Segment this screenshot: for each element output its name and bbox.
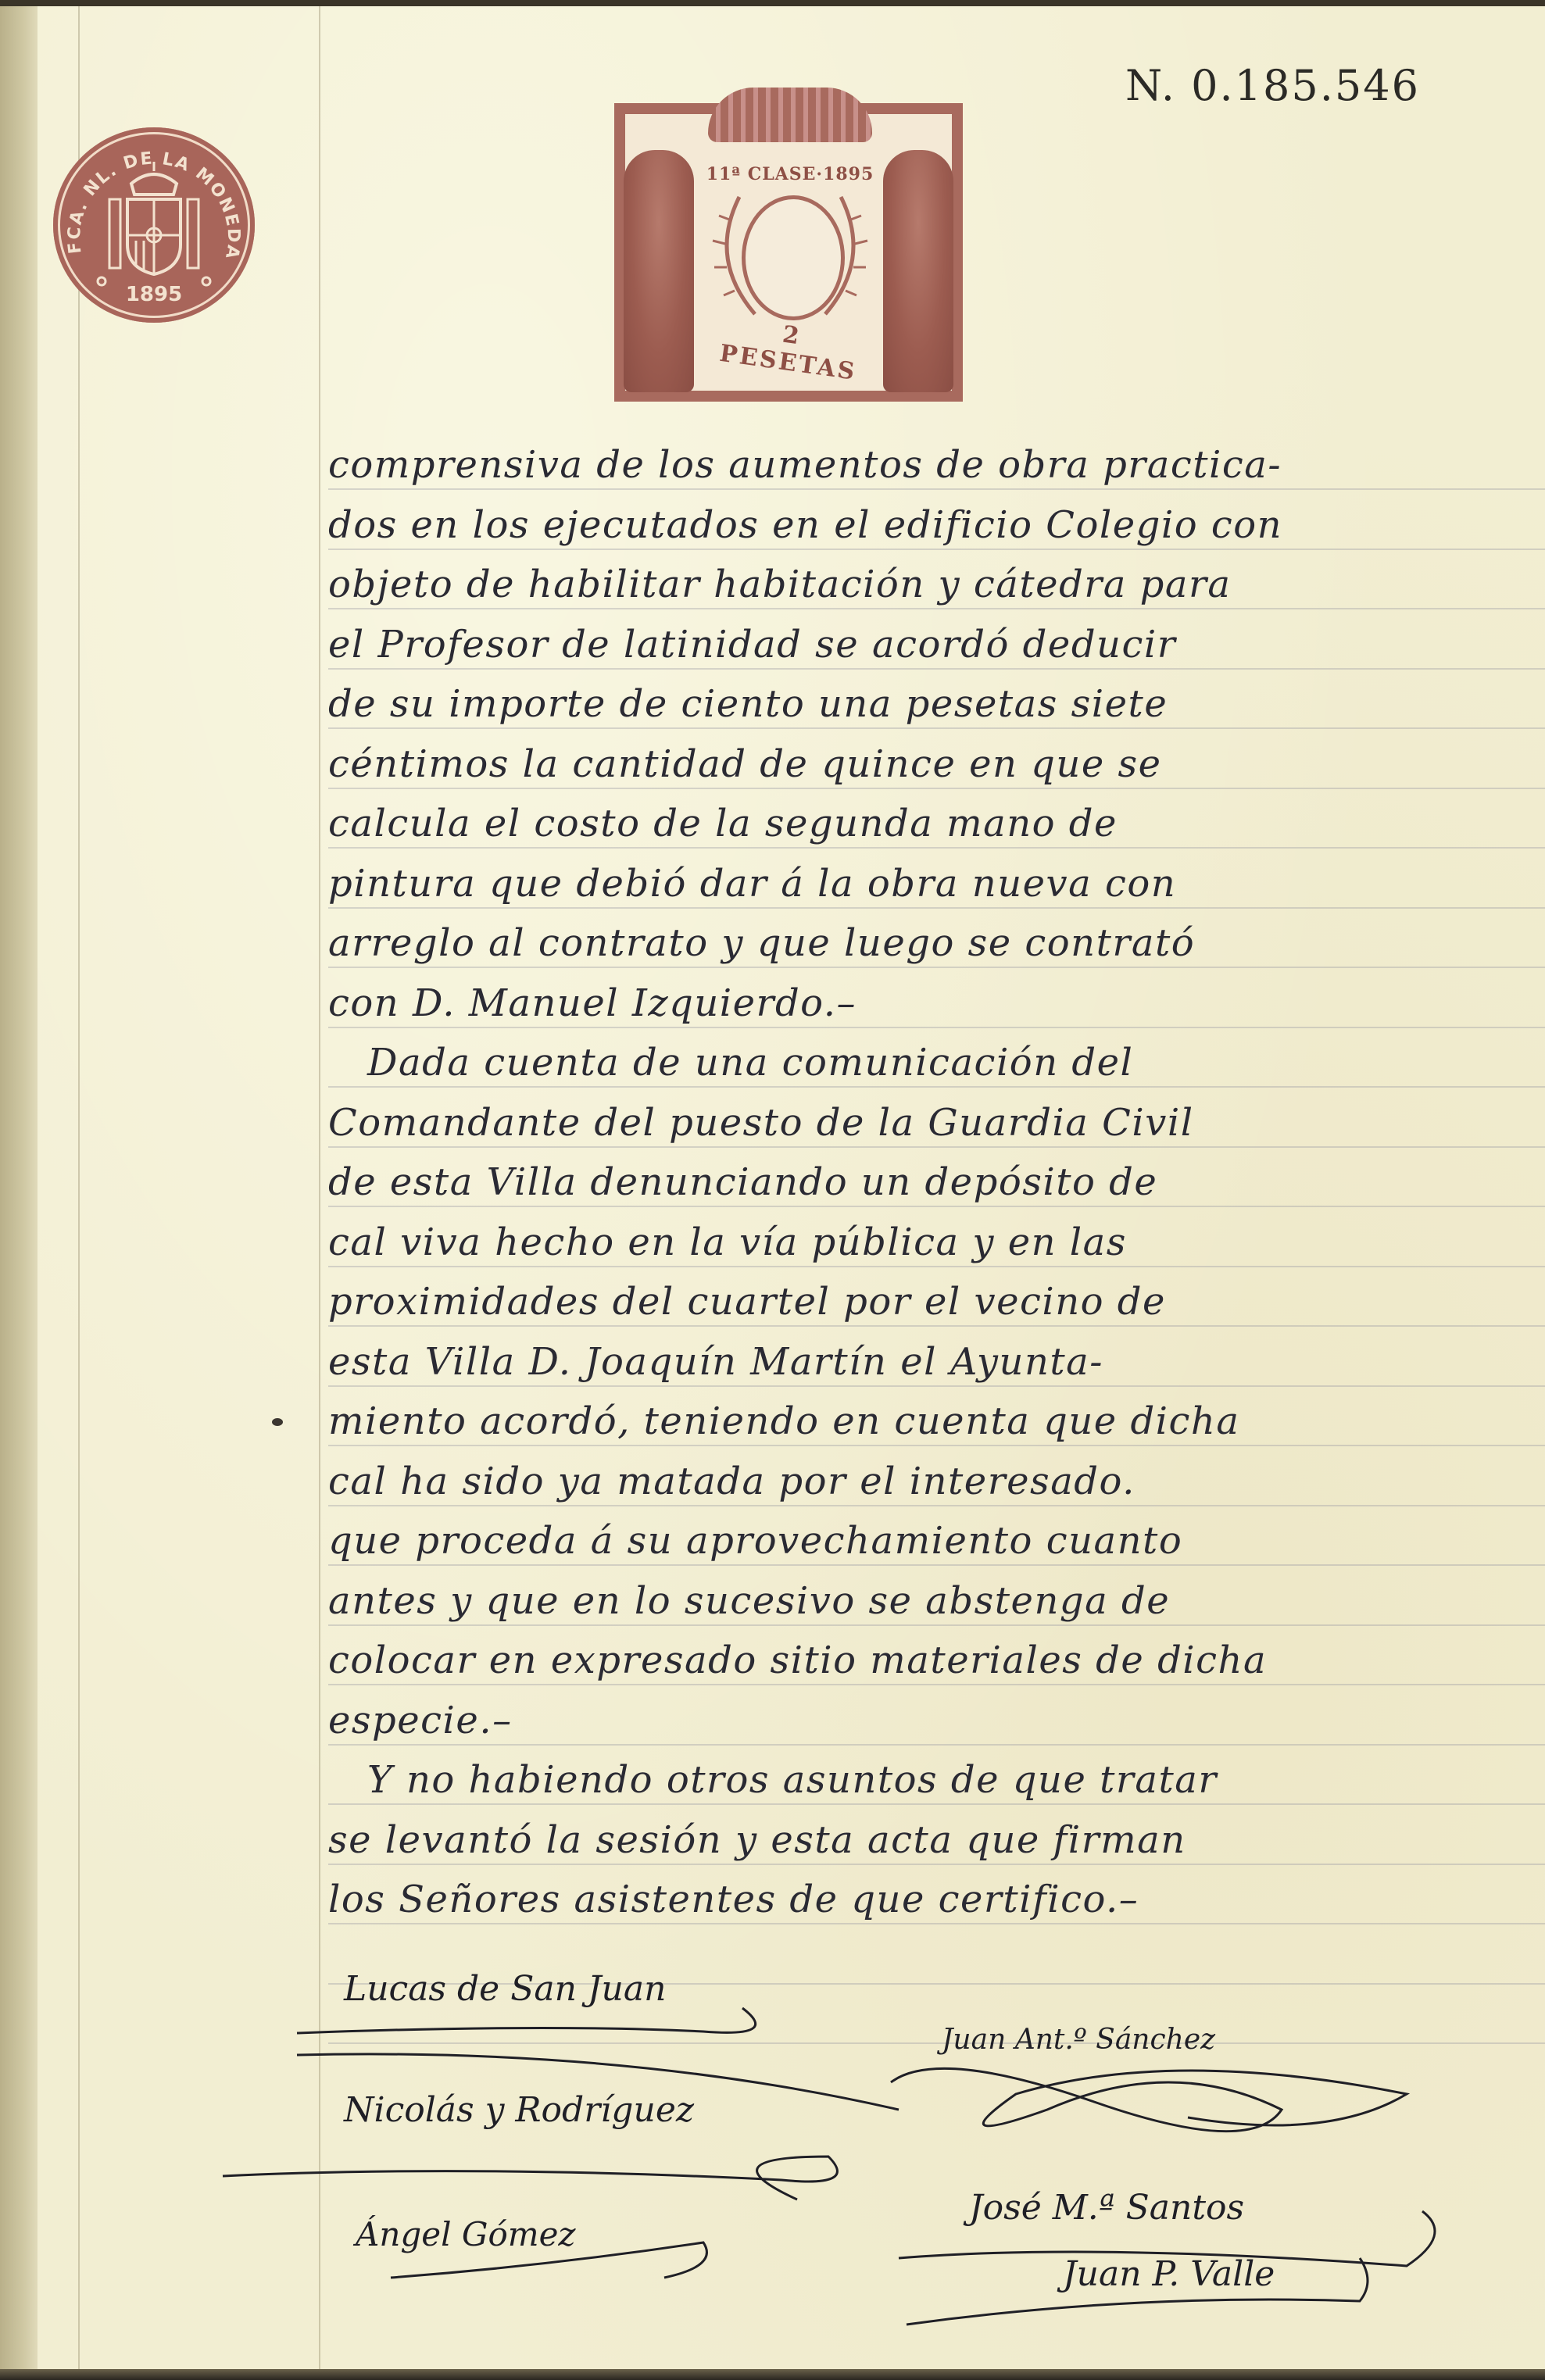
signature-flourishes	[0, 0, 1545, 2380]
page-bottom-edge	[0, 2369, 1545, 2380]
